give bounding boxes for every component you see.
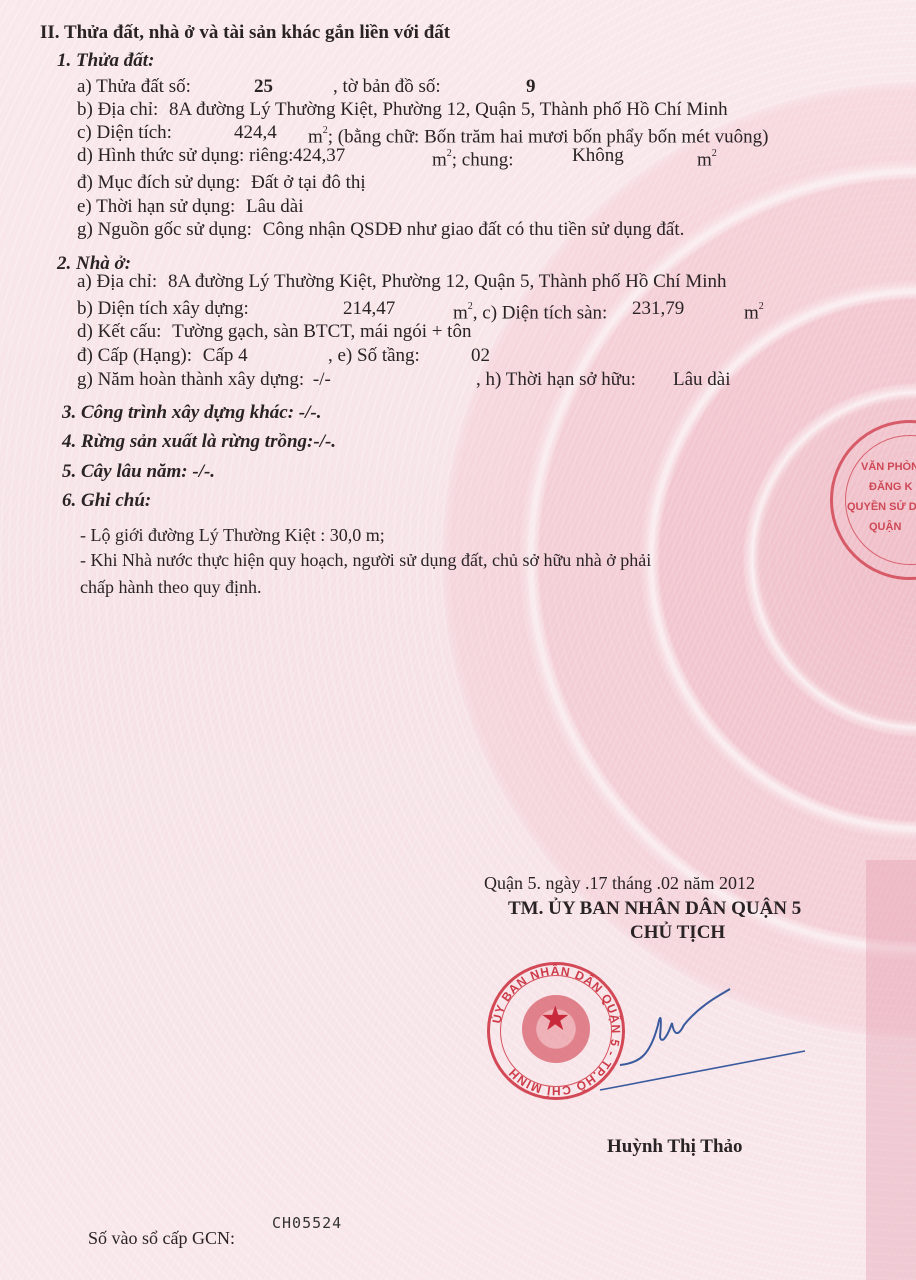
build-area: 214,47 [343,298,395,320]
land-address-label: b) Địa chỉ: [77,99,158,120]
completion: -/- [313,369,331,390]
grade: Cấp 4 [203,345,248,366]
note-item: chấp hành theo quy định. [80,576,261,598]
term-label: e) Thời hạn sử dụng: [77,196,235,217]
origin-label: g) Nguồn gốc sử dụng: [77,219,252,240]
purpose: Đất ở tại đô thị [251,172,366,193]
place-date: Quận 5. ngày .17 tháng .02 năm 2012 [484,872,755,894]
grade-row: đ) Cấp (Hạng): Cấp 4 , e) Số tầng: 02 [77,345,248,367]
house-area-row: b) Diện tích xây dựng: 214,47 m2, c) Diệ… [77,298,249,320]
usage-common-label: ; chung: [452,149,514,170]
build-area-label: b) Diện tích xây dựng: [77,298,249,319]
other-construction: 3. Công trình xây dựng khác: -/-. [62,402,321,424]
usage-form-label: d) Hình thức sử dụng: riêng: [77,145,293,166]
floors: 02 [471,345,490,367]
area-value: 424,4 [234,122,277,144]
stamp-line: ĐĂNG K [869,481,912,493]
section-title: II. Thửa đất, nhà ở và tài sản khác gắn … [40,22,450,44]
floor-area: 231,79 [632,298,684,320]
stamp-line: QUYỀN SỬ D [847,501,916,513]
usage-common-group: m2; chung: [432,145,514,171]
floor-area-group: m2, c) Diện tích sàn: [453,298,607,324]
house-address-label: a) Địa chỉ: [77,271,157,292]
structure-row: d) Kết cấu: Tường gạch, sàn BTCT, mái ng… [77,321,471,343]
origin-row: g) Nguồn gốc sử dụng: Công nhận QSDĐ như… [77,219,684,241]
land-address-row: b) Địa chỉ: 8A đường Lý Thường Kiệt, Phư… [77,99,728,121]
completion-row: g) Năm hoàn thành xây dựng: -/- , h) Thờ… [77,369,331,391]
structure: Tường gạch, sàn BTCT, mái ngói + tôn [172,321,471,342]
map-sheet-number: 9 [526,76,536,98]
area-label: c) Diện tích: [77,122,172,143]
floor-area-unit: m2 [744,298,764,324]
usage-common: Không [572,145,624,167]
area-row: c) Diện tích: 424,4 m2; (bằng chữ: Bốn t… [77,122,172,144]
issuing-authority: TM. ỦY BAN NHÂN DÂN QUẬN 5 [508,898,801,920]
usage-form-row: d) Hình thức sử dụng: riêng: 424,37 m2; … [77,145,293,167]
stamp-inner-ring [845,435,916,565]
structure-label: d) Kết cấu: [77,321,161,342]
parcel-number: 25 [254,76,273,98]
land-heading: 1. Thửa đất: [57,50,154,72]
registry-number: CH05524 [272,1212,342,1234]
note-item: - Khi Nhà nước thực hiện quy hoạch, ngườ… [80,549,651,571]
signer-position: CHỦ TỊCH [630,922,725,944]
notes-heading: 6. Ghi chú: [62,490,151,512]
parcel-label: a) Thửa đất số: [77,76,191,97]
ownership-term: Lâu dài [673,369,731,391]
grade-label: đ) Cấp (Hạng): [77,345,192,366]
signature-icon [590,985,820,1095]
signer-name: Huỳnh Thị Thảo [607,1136,743,1158]
completion-label: g) Năm hoàn thành xây dựng: [77,369,304,390]
origin: Công nhận QSDĐ như giao đất có thu tiền … [263,219,685,240]
floor-area-label: , c) Diện tích sàn: [473,302,608,323]
map-sheet-label: , tờ bản đồ số: [333,76,441,98]
usage-common-unit: m2 [697,145,717,171]
term-row: e) Thời hạn sử dụng: Lâu dài [77,196,304,218]
ownership-term-label: , h) Thời hạn sở hữu: [476,369,636,391]
house-address-row: a) Địa chỉ: 8A đường Lý Thường Kiệt, Phư… [77,271,727,293]
floors-label: , e) Số tầng: [328,345,420,367]
house-address: 8A đường Lý Thường Kiệt, Phường 12, Quận… [168,271,727,292]
parcel-row: a) Thửa đất số: 25 , tờ bản đồ số: 9 [77,76,191,98]
stamp-line: VĂN PHÒNG [861,461,916,473]
note-item: - Lộ giới đường Lý Thường Kiệt : 30,0 m; [80,524,385,546]
stamp-line: QUẬN [869,521,901,533]
purpose-label: đ) Mục đích sử dụng: [77,172,240,193]
forest: 4. Rừng sản xuất là rừng trồng:-/-. [62,431,336,453]
registry-label: Số vào sổ cấp GCN: [88,1227,235,1249]
page-edge-band [866,860,916,1280]
usage-private: 424,37 [293,145,345,167]
perennial-trees: 5. Cây lâu năm: -/-. [62,461,215,483]
land-address: 8A đường Lý Thường Kiệt, Phường 12, Quận… [169,99,728,120]
purpose-row: đ) Mục đích sử dụng: Đất ở tại đô thị [77,172,366,194]
term: Lâu dài [246,196,304,217]
